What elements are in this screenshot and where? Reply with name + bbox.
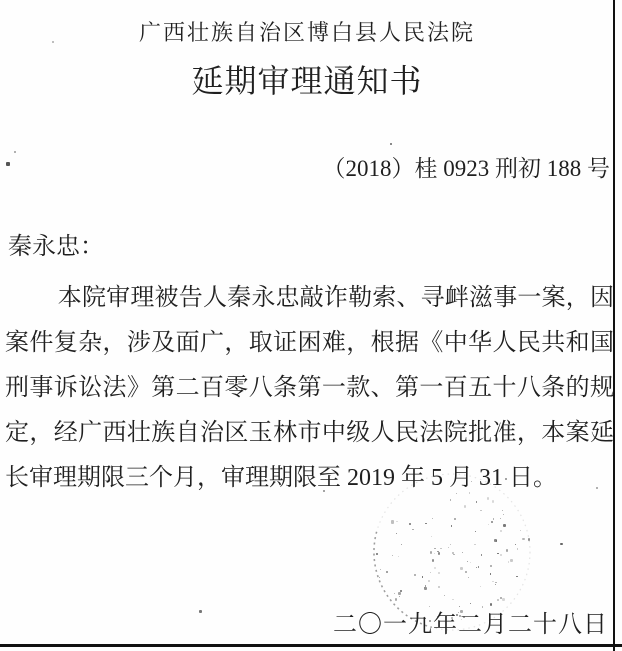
scan-border-right xyxy=(613,0,615,651)
scan-artifact-speck xyxy=(596,487,598,489)
scan-artifact-speck xyxy=(6,162,10,166)
scanned-court-notice-page: 广西壮族自治区博白县人民法院 延期审理通知书 （2018）桂 0923 刑初 1… xyxy=(0,0,622,651)
scan-artifact-speck xyxy=(14,151,16,153)
court-name-heading: 广西壮族自治区博白县人民法院 xyxy=(0,16,614,47)
scan-artifact-speck xyxy=(199,610,202,613)
scan-artifact-speck xyxy=(323,490,325,492)
scan-border-bottom xyxy=(0,644,622,647)
scan-artifact-speck xyxy=(560,543,563,545)
scan-artifact-speck xyxy=(505,478,507,480)
document-title: 延期审理通知书 xyxy=(0,56,614,102)
scan-artifact-speck xyxy=(52,41,54,43)
scan-artifact-speck xyxy=(390,143,392,145)
document-date: 二〇一九年二月二十八日 xyxy=(333,604,608,639)
notice-body-paragraph: 本院审理被告人秦永忠敲诈勒索、寻衅滋事一案，因案件复杂，涉及面广，取证困难，根据… xyxy=(5,276,614,501)
case-number: （2018）桂 0923 刑初 188 号 xyxy=(323,150,611,183)
addressee-name: 秦永忠： xyxy=(8,226,104,261)
